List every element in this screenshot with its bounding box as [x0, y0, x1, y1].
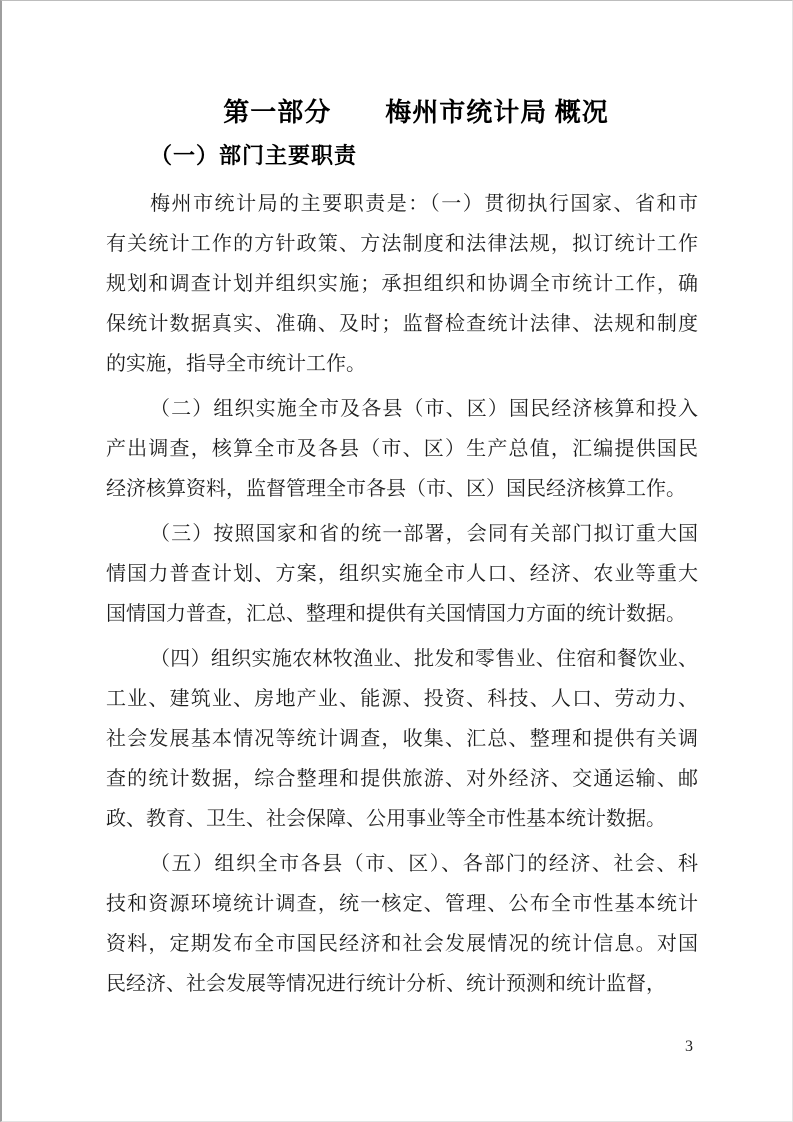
document-page: 第一部分 梅州市统计局 概况 （一）部门主要职责 梅州市统计局的主要职责是：（一…: [0, 0, 793, 1122]
text-line: （三）按照国家和省的统一部署，会同有关部门拟订重大国: [106, 514, 698, 554]
text-line: 资料，定期发布全市国民经济和社会发展情况的统计信息。对国: [106, 924, 698, 964]
text-line: 社会发展基本情况等统计调查，收集、汇总、整理和提供有关调: [106, 719, 698, 759]
page-content: 第一部分 梅州市统计局 概况 （一）部门主要职责 梅州市统计局的主要职责是：（一…: [106, 93, 698, 1004]
text-line: 政、教育、卫生、社会保障、公用事业等全市性基本统计数据。: [106, 799, 698, 839]
text-line: 的实施，指导全市统计工作。: [106, 344, 698, 384]
paragraph-1: 梅州市统计局的主要职责是：（一）贯彻执行国家、省和市 有关统计工作的方针政策、方…: [106, 184, 698, 384]
text-line: 技和资源环境统计调查，统一核定、管理、公布全市性基本统计: [106, 884, 698, 924]
text-line: 有关统计工作的方针政策、方法制度和法律法规，拟订统计工作: [106, 224, 698, 264]
text-line: 查的统计数据，综合整理和提供旅游、对外经济、交通运输、邮: [106, 759, 698, 799]
text-line: 经济核算资料，监督管理全市各县（市、区）国民经济核算工作。: [106, 469, 698, 509]
paragraph-3: （三）按照国家和省的统一部署，会同有关部门拟订重大国 情国力普查计划、方案，组织…: [106, 514, 698, 634]
text-line: （四）组织实施农林牧渔业、批发和零售业、住宿和餐饮业、: [106, 639, 698, 679]
text-line: （五）组织全市各县（市、区）、各部门的经济、社会、科: [106, 844, 698, 884]
text-line: 保统计数据真实、准确、及时；监督检查统计法律、法规和制度: [106, 304, 698, 344]
paragraph-2: （二）组织实施全市及各县（市、区）国民经济核算和投入 产出调查，核算全市及各县（…: [106, 389, 698, 509]
body-text: 梅州市统计局的主要职责是：（一）贯彻执行国家、省和市 有关统计工作的方针政策、方…: [106, 184, 698, 1004]
page-title: 第一部分 梅州市统计局 概况: [106, 93, 698, 133]
text-line: 梅州市统计局的主要职责是：（一）贯彻执行国家、省和市: [106, 184, 698, 224]
paragraph-5: （五）组织全市各县（市、区）、各部门的经济、社会、科 技和资源环境统计调查，统一…: [106, 844, 698, 1004]
text-line: 产出调查，核算全市及各县（市、区）生产总值，汇编提供国民: [106, 429, 698, 469]
text-line: 民经济、社会发展等情况进行统计分析、统计预测和统计监督，: [106, 964, 698, 1004]
text-line: 工业、建筑业、房地产业、能源、投资、科技、人口、劳动力、: [106, 679, 698, 719]
paragraph-4: （四）组织实施农林牧渔业、批发和零售业、住宿和餐饮业、 工业、建筑业、房地产业、…: [106, 639, 698, 839]
text-line: 国情国力普查，汇总、整理和提供有关国情国力方面的统计数据。: [106, 594, 698, 634]
text-line: 情国力普查计划、方案，组织实施全市人口、经济、农业等重大: [106, 554, 698, 594]
section-heading: （一）部门主要职责: [106, 141, 698, 171]
text-line: （二）组织实施全市及各县（市、区）国民经济核算和投入: [106, 389, 698, 429]
page-number: 3: [685, 1037, 693, 1057]
text-line: 规划和调查计划并组织实施；承担组织和协调全市统计工作，确: [106, 264, 698, 304]
